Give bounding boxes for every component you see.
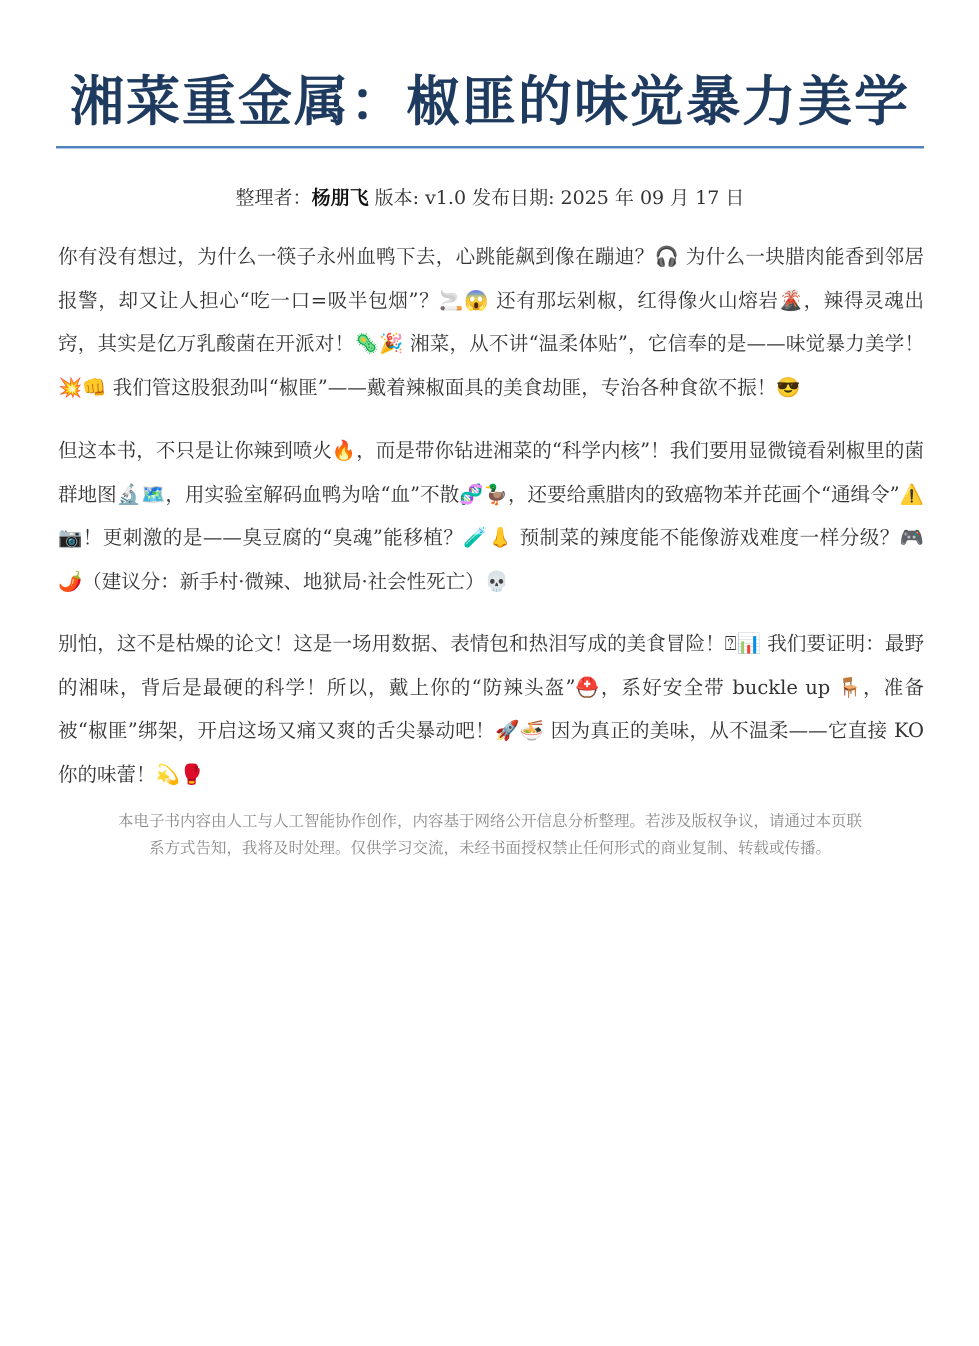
intro-paragraph-3: 别怕，这不是枯燥的论文！这是一场用数据、表情包和热泪写成的美食冒险！⍰📊 我们要… bbox=[56, 622, 924, 796]
organizer-name: 杨朋飞 bbox=[312, 187, 369, 209]
document-meta: 整理者：杨朋飞 版本: v1.0 发布日期: 2025 年 09 月 17 日 bbox=[56, 183, 924, 213]
date-label: 发布日期: bbox=[472, 187, 554, 209]
version-label: 版本: bbox=[375, 187, 419, 209]
copyright-notice-line-1: 本电子书内容由人工与人工智能协作创作，内容基于网络公开信息分析整理。若涉及版权争… bbox=[56, 808, 924, 835]
title-divider bbox=[56, 146, 924, 149]
copyright-notice-line-2: 系方式告知，我将及时处理。仅供学习交流，未经书面授权禁止任何形式的商业复制、转载… bbox=[56, 835, 924, 862]
document-page: 湘菜重金属：椒匪的味觉暴力美学 整理者：杨朋飞 版本: v1.0 发布日期: 2… bbox=[56, 62, 924, 862]
intro-paragraph-2: 但这本书，不只是让你辣到喷火🔥，而是带你钻进湘菜的“科学内核”！我们要用显微镜看… bbox=[56, 429, 924, 603]
version-value: v1.0 bbox=[425, 187, 466, 209]
page-title: 湘菜重金属：椒匪的味觉暴力美学 bbox=[56, 62, 924, 142]
intro-paragraph-1: 你有没有想过，为什么一筷子永州血鸭下去，心跳能飙到像在蹦迪？🎧 为什么一块腊肉能… bbox=[56, 235, 924, 409]
organizer-label: 整理者： bbox=[236, 187, 312, 209]
date-value: 2025 年 09 月 17 日 bbox=[561, 187, 745, 209]
copyright-notice: 本电子书内容由人工与人工智能协作创作，内容基于网络公开信息分析整理。若涉及版权争… bbox=[56, 808, 924, 862]
